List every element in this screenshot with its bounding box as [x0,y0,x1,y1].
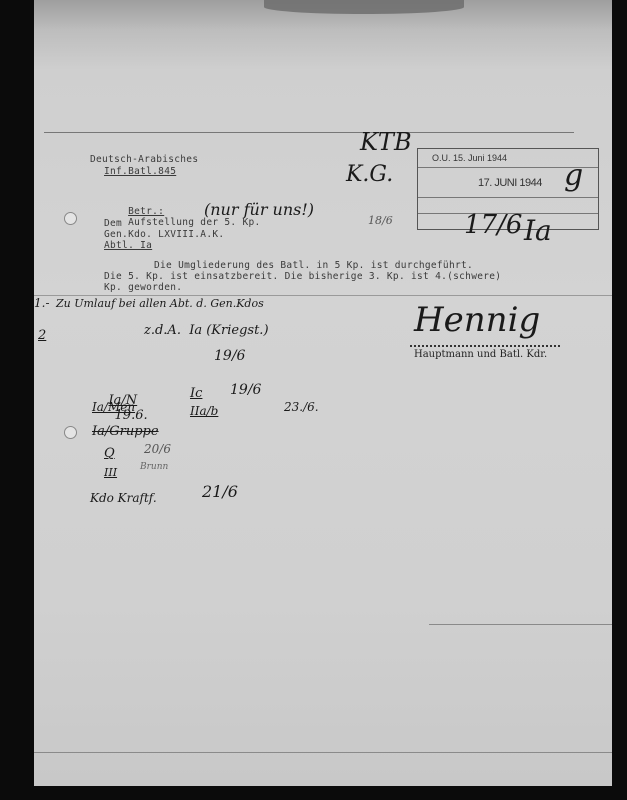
sender-line2: Inf.Batl.845 [104,166,176,177]
routing-q-mark: 20/6 [144,442,171,456]
margin-note-paren: (nur für uns!) [204,200,314,219]
routing-ia-gruppe: Ia/Gruppe [92,424,159,439]
stamp-header: O.U. 15. Juni 1944 [432,153,507,163]
note2-date: 19/6 [214,348,245,364]
signature-line [410,345,560,347]
recipient-line2: Gen.Kdo. LXVIII.A.K. [104,229,224,240]
routing-q: Q [104,446,115,461]
body-line3: Kp. geworden. [104,282,182,293]
stamp-date: 17. JUNI 1944 [478,177,542,189]
fold-line [34,295,612,296]
punch-hole [64,212,77,225]
signature-caption: Hauptmann und Batl. Kdr. [414,349,547,360]
note2-text: z.d.A. Ia (Kriegst.) [144,323,269,338]
ia-mark: Ia [524,214,552,247]
routing-iii-mark: Brunn [140,462,168,472]
recipient-line3: Abtl. Ia [104,240,152,251]
routing-iii: III [104,466,117,479]
note1-number: 1.- [34,296,50,310]
kg-mark: K.G. [346,162,393,187]
routing-ia-men: Ia/Men [92,400,135,414]
routing-ic-mark: 19/6 [230,382,261,398]
kg-date: 18/6 [368,214,393,227]
routing-iia-mark: 23./6. [284,400,319,414]
routing-ic: Ic [190,386,202,401]
subject-label: Betr.: [128,206,164,217]
scan-shadow [264,0,464,14]
bottom-line [34,752,612,753]
ktb-mark: KTB [360,128,412,156]
sender-line1: Deutsch-Arabisches [90,154,198,165]
page-edge-line [44,132,574,133]
recipient-line1: Dem [104,218,122,229]
ia-date: 17/6 [464,210,522,240]
routing-kdo-kraftf: Kdo Kraftf. [90,490,160,506]
body-line2: Die 5. Kp. ist einsatzbereit. Die bisher… [104,271,501,282]
document-page: Deutsch-Arabisches Inf.Batl.845 Betr.: A… [34,0,612,786]
note2-number: 2 [38,328,46,343]
routing-kdo-date: 21/6 [202,482,238,501]
stray-line [429,624,612,625]
g-mark: g [564,158,583,193]
routing-iia: IIa/b [190,404,218,418]
signature: Hennig [414,300,540,340]
body-line1: Die Umgliederung des Batl. in 5 Kp. ist … [154,260,473,271]
punch-hole [64,426,77,439]
note1-text: Zu Umlauf bei allen Abt. d. Gen.Kdos [56,297,264,310]
